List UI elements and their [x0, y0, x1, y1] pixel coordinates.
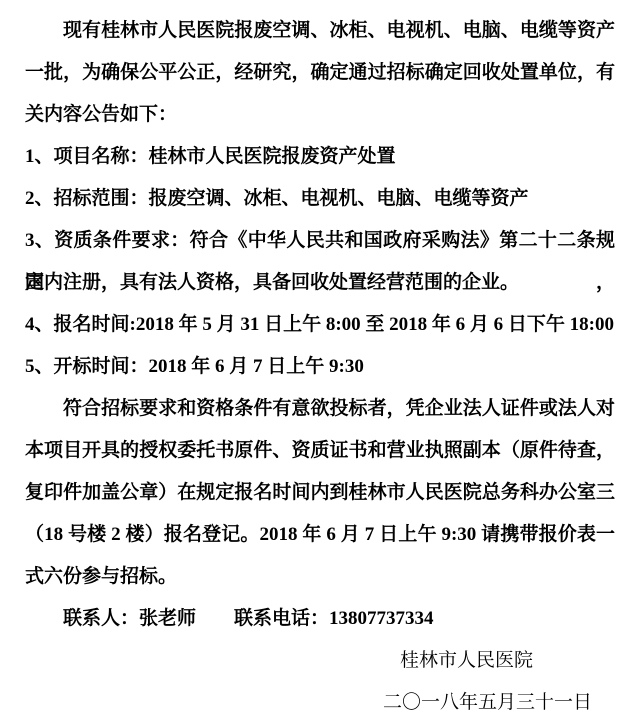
procedure-line-1: 符合招标要求和资格条件有意欲投标者，凭企业法人证件或法人对: [25, 388, 615, 430]
item-1-project-name: 1、项目名称：桂林市人民医院报废资产处置: [25, 136, 615, 178]
procedure-line-4: （18 号楼 2 楼）报名登记。2018 年 6 月 7 日上午 9:30 请携…: [25, 514, 615, 556]
intro-line-2: 一批，为确保公平公正，经研究，确定通过招标确定回收处置单位，有: [25, 52, 615, 94]
procedure-line-3: 复印件加盖公章）在规定报名时间内到桂林市人民医院总务科办公室三: [25, 472, 615, 514]
procedure-line-2: 本项目开具的授权委托书原件、资质证书和营业执照副本（原件待查，: [25, 430, 615, 472]
item-5-bid-opening-time: 5、开标时间：2018 年 6 月 7 日上午 9:30: [25, 346, 615, 388]
procedure-line-5: 式六份参与招标。: [25, 556, 615, 598]
item-3-qualification-line-1: 3、资质条件要求：符合《中华人民共和国政府采购法》第二十二条规定，: [25, 220, 615, 262]
intro-line-3: 关内容公告如下：: [25, 94, 615, 136]
item-2-bid-scope: 2、招标范围：报废空调、冰柜、电视机、电脑、电缆等资产: [25, 178, 615, 220]
item-4-registration-time: 4、报名时间:2018 年 5 月 31 日上午 8:00 至 2018 年 6…: [25, 304, 615, 346]
signature-organization: 桂林市人民医院: [25, 640, 615, 682]
contact-line: 联系人：张老师 联系电话：13807737334: [25, 598, 615, 640]
announcement-document: 现有桂林市人民医院报废空调、冰柜、电视机、电脑、电缆等资产 一批，为确保公平公正…: [0, 0, 630, 727]
signature-date: 二〇一八年五月三十一日: [25, 682, 615, 724]
intro-line-1: 现有桂林市人民医院报废空调、冰柜、电视机、电脑、电缆等资产: [25, 10, 615, 52]
